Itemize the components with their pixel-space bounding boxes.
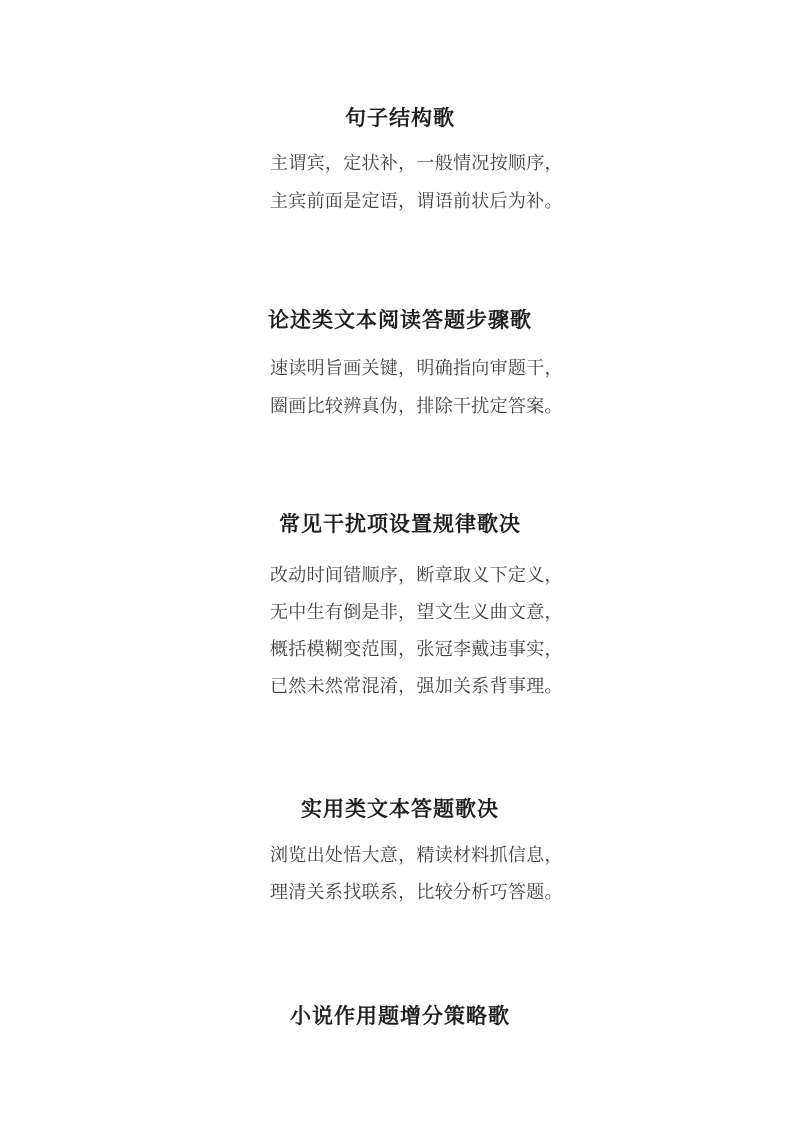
section-4-title: 实用类文本答题歌决 [0,796,800,822]
section-1-line-2: 主宾前面是定语，谓语前状后为补。 [270,189,563,213]
section-5-title: 小说作用题增分策略歌 [0,1003,800,1029]
section-3-title: 常见干扰项设置规律歌决 [0,511,800,537]
section-1-title: 句子结构歌 [0,105,800,131]
section-3-line-4: 已然未然常混淆，强加关系背事理。 [270,674,563,698]
section-4-line-1: 浏览出处悟大意，精读材料抓信息， [270,843,563,867]
section-3-line-1: 改动时间错顺序，断章取义下定义， [270,563,563,587]
section-4-line-2: 理清关系找联系，比较分析巧答题。 [270,880,563,904]
section-3-line-2: 无中生有倒是非，望文生义曲文意， [270,600,563,624]
document-page: 句子结构歌 主谓宾，定状补，一般情况按顺序， 主宾前面是定语，谓语前状后为补。 … [0,0,800,1131]
section-1-line-1: 主谓宾，定状补，一般情况按顺序， [270,151,563,175]
section-2-line-1: 速读明旨画关键，明确指向审题干， [270,356,563,380]
section-3-line-3: 概括模糊变范围，张冠李戴违事实， [270,637,563,661]
section-2-title: 论述类文本阅读答题步骤歌 [0,307,800,333]
section-2-line-2: 圈画比较辨真伪，排除干扰定答案。 [270,394,563,418]
